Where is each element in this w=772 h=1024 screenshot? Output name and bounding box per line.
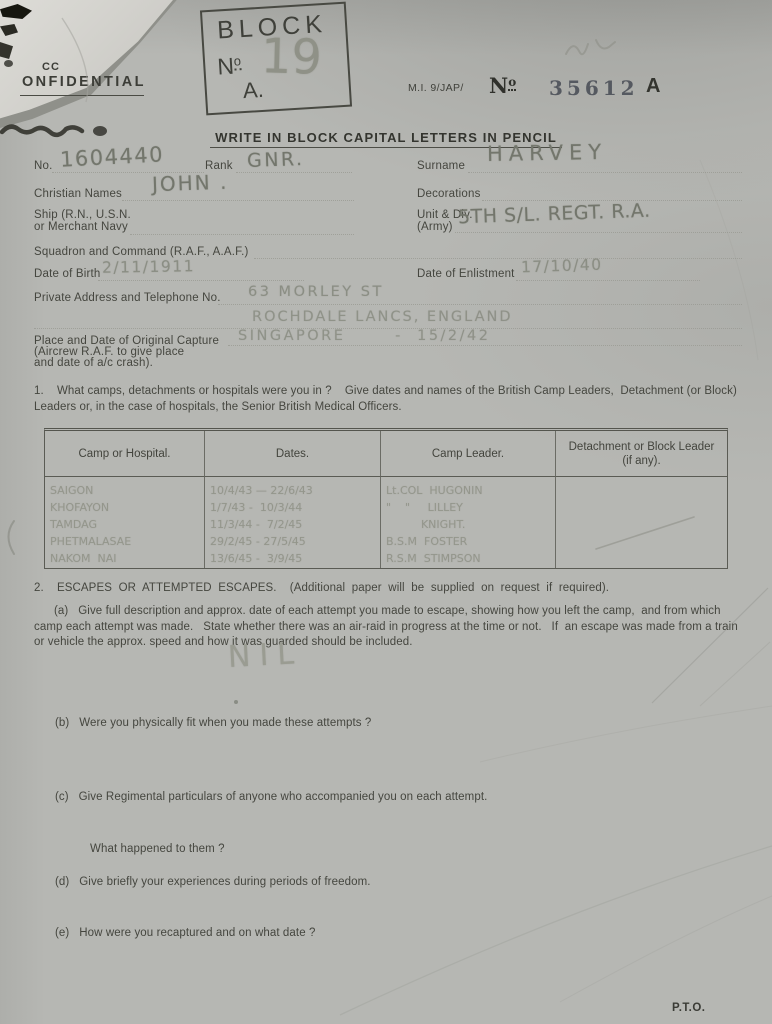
camp-entry: NAKOM NAI <box>50 550 202 567</box>
leader-entry: B.S.M FOSTER <box>386 533 553 550</box>
ref-no-o: o <box>508 75 516 91</box>
question-2c-text: (c) Give Regimental particulars of anyon… <box>55 790 705 806</box>
handwritten-block-number: 19 <box>260 28 323 86</box>
dotted-line <box>130 233 354 235</box>
pencil-scribble-mark <box>560 30 624 68</box>
unit-div-label-line2: (Army) <box>417 221 453 233</box>
capture-handwritten: SINGAPORE - 15/2/42 <box>238 328 491 344</box>
dotted-line <box>98 279 304 281</box>
col-header-camp: Camp or Hospital. <box>45 431 205 477</box>
dotted-line <box>254 257 742 259</box>
edge-dark-mark <box>4 60 13 67</box>
classification-underline <box>20 95 144 96</box>
dates-entry: 13/6/45 - 3/9/45 <box>210 550 378 567</box>
stamp-no-n: N <box>217 53 235 80</box>
leader-entry: R.S.M STIMPSON <box>386 550 553 567</box>
address-label: Private Address and Telephone No. <box>34 292 221 304</box>
date-of-enlistment-label: Date of Enlistment <box>417 268 515 280</box>
classification-overprint: CC <box>42 61 60 73</box>
leader-entry: " " LILLEY <box>386 499 553 516</box>
col-header-leader: Camp Leader. <box>381 431 556 477</box>
dotted-line <box>455 231 742 233</box>
col-header-dates: Dates. <box>205 431 381 477</box>
rank-handwritten: GNR. <box>247 148 305 172</box>
detachment-column <box>556 477 727 568</box>
ref-serial-number: 35612 <box>549 76 639 100</box>
leader-entry: Lt.COL HUGONIN <box>386 482 553 499</box>
nil-answer-handwritten: NIL <box>227 636 304 675</box>
torn-paper-corner <box>0 0 184 122</box>
ship-label-line2: or Merchant Navy <box>34 221 128 233</box>
question-2a-text: (a) Give full description and approx. da… <box>34 604 746 651</box>
dotted-line <box>218 303 742 305</box>
pto-label: P.T.O. <box>672 1002 705 1014</box>
question-2c-followup-text: What happened to them ? <box>90 842 490 858</box>
stamp-no-label: No <box>217 52 242 80</box>
dates-column: 10/4/43 — 22/6/43 1/7/43 - 10/3/44 11/3/… <box>205 477 381 568</box>
christian-names-handwritten: JOHN . <box>152 170 229 197</box>
camp-column: SAIGON KHOFAYON TAMDAG PHETMALASAE NAKOM… <box>45 477 205 568</box>
ship-label-line1: Ship (R.N., U.S.N. <box>34 209 131 221</box>
camps-table: Camp or Hospital. Dates. Camp Leader. De… <box>44 428 728 569</box>
squadron-label: Squadron and Command (R.A.F., A.A.F.) <box>34 246 249 258</box>
surname-label: Surname <box>417 160 465 172</box>
service-number-handwritten: 1604440 <box>59 142 164 171</box>
camp-entry: SAIGON <box>50 482 202 499</box>
dotted-line <box>516 279 700 281</box>
ref-suffix-letter: A <box>646 75 660 98</box>
dates-entry: 29/2/45 - 27/5/45 <box>210 533 378 550</box>
camp-entry: KHOFAYON <box>50 499 202 516</box>
ref-no-label: No <box>489 73 516 98</box>
date-of-birth-handwritten: 2/11/1911 <box>102 257 195 277</box>
pencil-dot-mark <box>234 700 238 704</box>
no-label: No. <box>34 160 53 172</box>
capture-label-line3: and date of a/c crash). <box>34 357 153 369</box>
dotted-line <box>122 199 354 201</box>
col-header-detachment: Detachment or Block Leader (if any). <box>556 431 727 477</box>
dates-entry: 1/7/43 - 10/3/44 <box>210 499 378 516</box>
question-2e-text: (e) How were you recaptured and on what … <box>55 926 705 942</box>
leader-column: Lt.COL HUGONIN " " LILLEY KNIGHT. B.S.M … <box>381 477 556 568</box>
date-of-enlistment-handwritten: 17/10/40 <box>521 256 603 277</box>
dates-entry: 11/3/44 - 7/2/45 <box>210 516 378 533</box>
mi9-ref-prefix: M.I. 9/JAP/ <box>408 82 464 94</box>
question-2-heading: 2. ESCAPES OR ATTEMPTED ESCAPES. (Additi… <box>34 581 746 597</box>
stamp-no-o: o <box>233 53 241 70</box>
christian-names-label: Christian Names <box>34 188 122 200</box>
leader-entry: KNIGHT. <box>386 516 553 533</box>
unit-handwritten: 5TH S/L. REGT. R.A. <box>458 200 651 229</box>
dotted-line <box>228 344 742 346</box>
question-2b-text: (b) Were you physically fit when you mad… <box>55 716 705 732</box>
camp-entry: PHETMALASAE <box>50 533 202 550</box>
address-line2-handwritten: ROCHDALE LANCS, ENGLAND <box>252 309 513 325</box>
classification-label: ONFIDENTIAL <box>22 74 146 90</box>
decorations-label: Decorations <box>417 188 481 200</box>
surname-handwritten: HARVEY <box>487 140 607 166</box>
pencil-stroke-mark <box>576 497 716 557</box>
question-1-text: 1. What camps, detachments or hospitals … <box>34 384 740 415</box>
dates-entry: 10/4/43 — 22/6/43 <box>210 482 378 499</box>
address-line1-handwritten: 63 MORLEY ST <box>248 284 384 300</box>
camp-entry: TAMDAG <box>50 516 202 533</box>
question-2d-text: (d) Give briefly your experiences during… <box>55 875 705 891</box>
block-number-stamp: BLOCK No A. 19 <box>200 2 352 116</box>
dotted-line <box>468 171 742 173</box>
ref-no-n: N <box>489 73 508 98</box>
date-of-birth-label: Date of Birth <box>34 268 101 280</box>
pow-questionnaire-scan: CC ONFIDENTIAL BLOCK No A. 19 M.I. 9/JAP… <box>0 0 772 1024</box>
margin-paren-mark <box>2 518 20 558</box>
